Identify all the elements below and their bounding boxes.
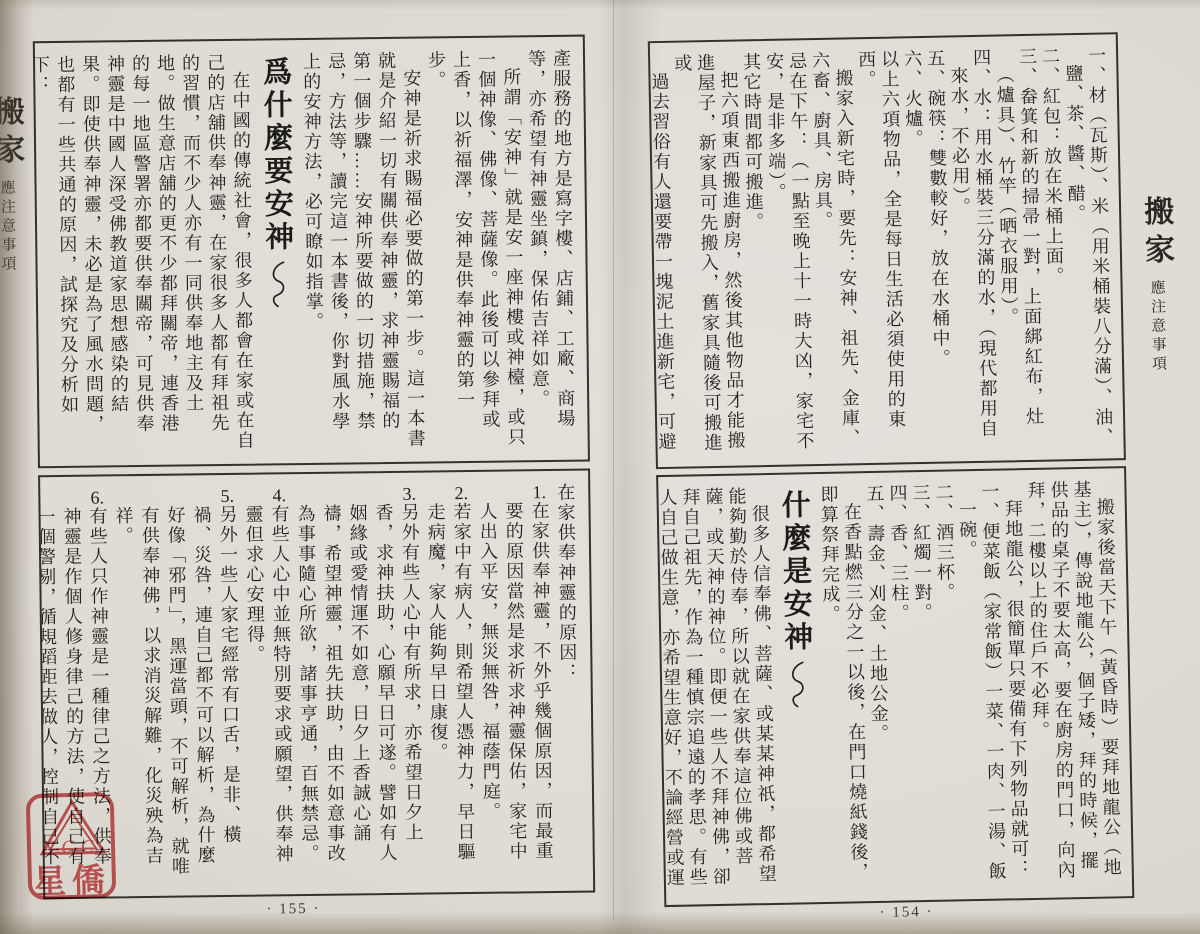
paragraph: 三、畚箕和新的掃帚一對，上面綁紅布，灶（爐具）、竹竿（晒衣服用）。: [992, 47, 1046, 450]
paragraph: 5.另外一些人家宅經常有口舌，是非、橫禍、災咎，連自己都不可以解析，為什麼好像「…: [110, 487, 245, 885]
section-heading: 爲什麼要安神: [252, 56, 303, 452]
list-number: 5.: [217, 487, 237, 505]
paragraph: 一、材（瓦斯）、米（用米桶裝八分滿）、油、鹽、茶、醬、醋。: [1061, 45, 1115, 448]
paragraph: 忌在下午：（一點至晚上十一時大凶，家宅不安，是非多端）。: [762, 51, 816, 454]
page-155: 搬家應注意事項 產服務的地方是寫字樓、店鋪、工廠、商場等，亦希望有神靈坐鎮，保佑…: [0, 0, 612, 934]
paragraph: 安神是祈求賜福必要做的第一步。這一本書就是介紹一切有關供奉神靈，求神靈賜福的第一…: [298, 51, 428, 451]
page-number-155: · 155 ·: [223, 900, 363, 919]
paragraph: 四、水：用水桶裝三分滿的水，（現代都用自來水，不必用）。: [946, 48, 1000, 451]
paragraph: 把六項東西搬進廚房，然後其他物品才能搬進屋子，新家具可先搬入，舊家具隨後可搬進或: [670, 52, 747, 455]
paragraph: 所謂「安神」就是安一座神樓或神檯，或只一個神像、佛像、菩薩像。此後可以參拜或上香…: [423, 49, 528, 449]
list-number: 3.: [399, 485, 419, 503]
margin-title-right: 搬家應注意事項: [1133, 195, 1180, 375]
page-154: 一、材（瓦斯）、米（用米桶裝八分滿）、油、鹽、茶、醬、醋。二、紅包：放在米桶上面…: [648, 0, 1200, 934]
page-number-154: · 154 ·: [836, 903, 976, 923]
margin-title-left: 搬家應注意事項: [0, 95, 30, 275]
section-heading: 什麼是安神: [770, 489, 824, 892]
paragraph: 在香點燃三分之一以後，在門口燒紙錢後，即算祭拜完成。: [816, 484, 870, 891]
right-bottom-text-box: 搬家後當天下午（黃昏時）要拜地龍公（地基主），傳說地龍公，個子矮，拜的時候，擺供…: [656, 466, 1134, 907]
paragraph: 4.有些人心中並無特別要求或願望，供奉神靈但求心安理得。: [240, 486, 297, 883]
list-number: 2.: [451, 484, 471, 502]
margin-title-main: 搬家: [0, 95, 23, 171]
paragraph: 在中國的傳統社會，很多人都會在家或在自己的店舖供奉神靈，在家很多人都有拜祖先的習…: [33, 53, 257, 455]
paragraph: 在家供奉神靈的原因：: [552, 483, 583, 879]
paragraph: 以上六項物品，全是每日生活必須使用的東西。: [854, 49, 908, 452]
left-bottom-text-box: 在家供奉神靈的原因：1.在家供奉神靈，不外乎幾個原因，而最重要的原因當然是求祈求…: [38, 469, 595, 900]
right-top-text-box: 一、材（瓦斯）、米（用米桶裝八分滿）、油、鹽、茶、醬、醋。二、紅包：放在米桶上面…: [648, 32, 1126, 469]
paragraph: 搬家後當天下午（黃昏時）要拜地龍公（地基主），傳說地龍公，個子矮，拜的時候，擺供…: [1023, 479, 1123, 887]
paragraph: 產服務的地方是寫字樓、店鋪、工廠、商場等，亦希望有神靈坐鎮，保佑吉祥如意。: [523, 49, 578, 449]
list-number: 4.: [269, 486, 289, 504]
left-top-text-box: 產服務的地方是寫字樓、店鋪、工廠、商場等，亦希望有神靈坐鎮，保佑吉祥如意。所謂「…: [33, 35, 590, 469]
paragraph: 一、便菜飯（家常飯）一菜、一肉、一湯、飯一碗。: [954, 482, 1008, 889]
ncc-red-stamp: N.C.C. 星僑: [26, 792, 117, 900]
paragraph: 1.在家供奉神靈，不外乎幾個原因，而最重要的原因當然是求祈求神靈保佑，家宅中人出…: [474, 483, 557, 880]
paragraph: 很多人信奉佛、菩薩、或某某神祇，都希望能夠勤於侍奉，所以就在家供奉這位佛或菩薩，…: [656, 486, 778, 895]
paragraph: 2.若家中有病人，則希望人憑神力，早日驅走病魔，家人能夠早日康復。: [422, 484, 479, 881]
paragraph: 3.另外有些人心中有所求，亦希望日夕上香，求神扶助，心願早日可遂。譬如有人姻緣或…: [292, 485, 427, 883]
stamp-xingqiao-text: 星僑: [31, 854, 112, 903]
list-number: 6.: [87, 488, 107, 506]
margin-title-main: 搬家: [1139, 195, 1173, 272]
paragraph: 搬家入新宅時，要先：安神、祖先、金庫、六畜、廚具、房具。: [808, 50, 862, 453]
margin-title-sub: 應注意事項: [1148, 279, 1166, 374]
margin-title-sub: 應注意事項: [0, 180, 16, 275]
list-number: 1.: [529, 483, 549, 501]
